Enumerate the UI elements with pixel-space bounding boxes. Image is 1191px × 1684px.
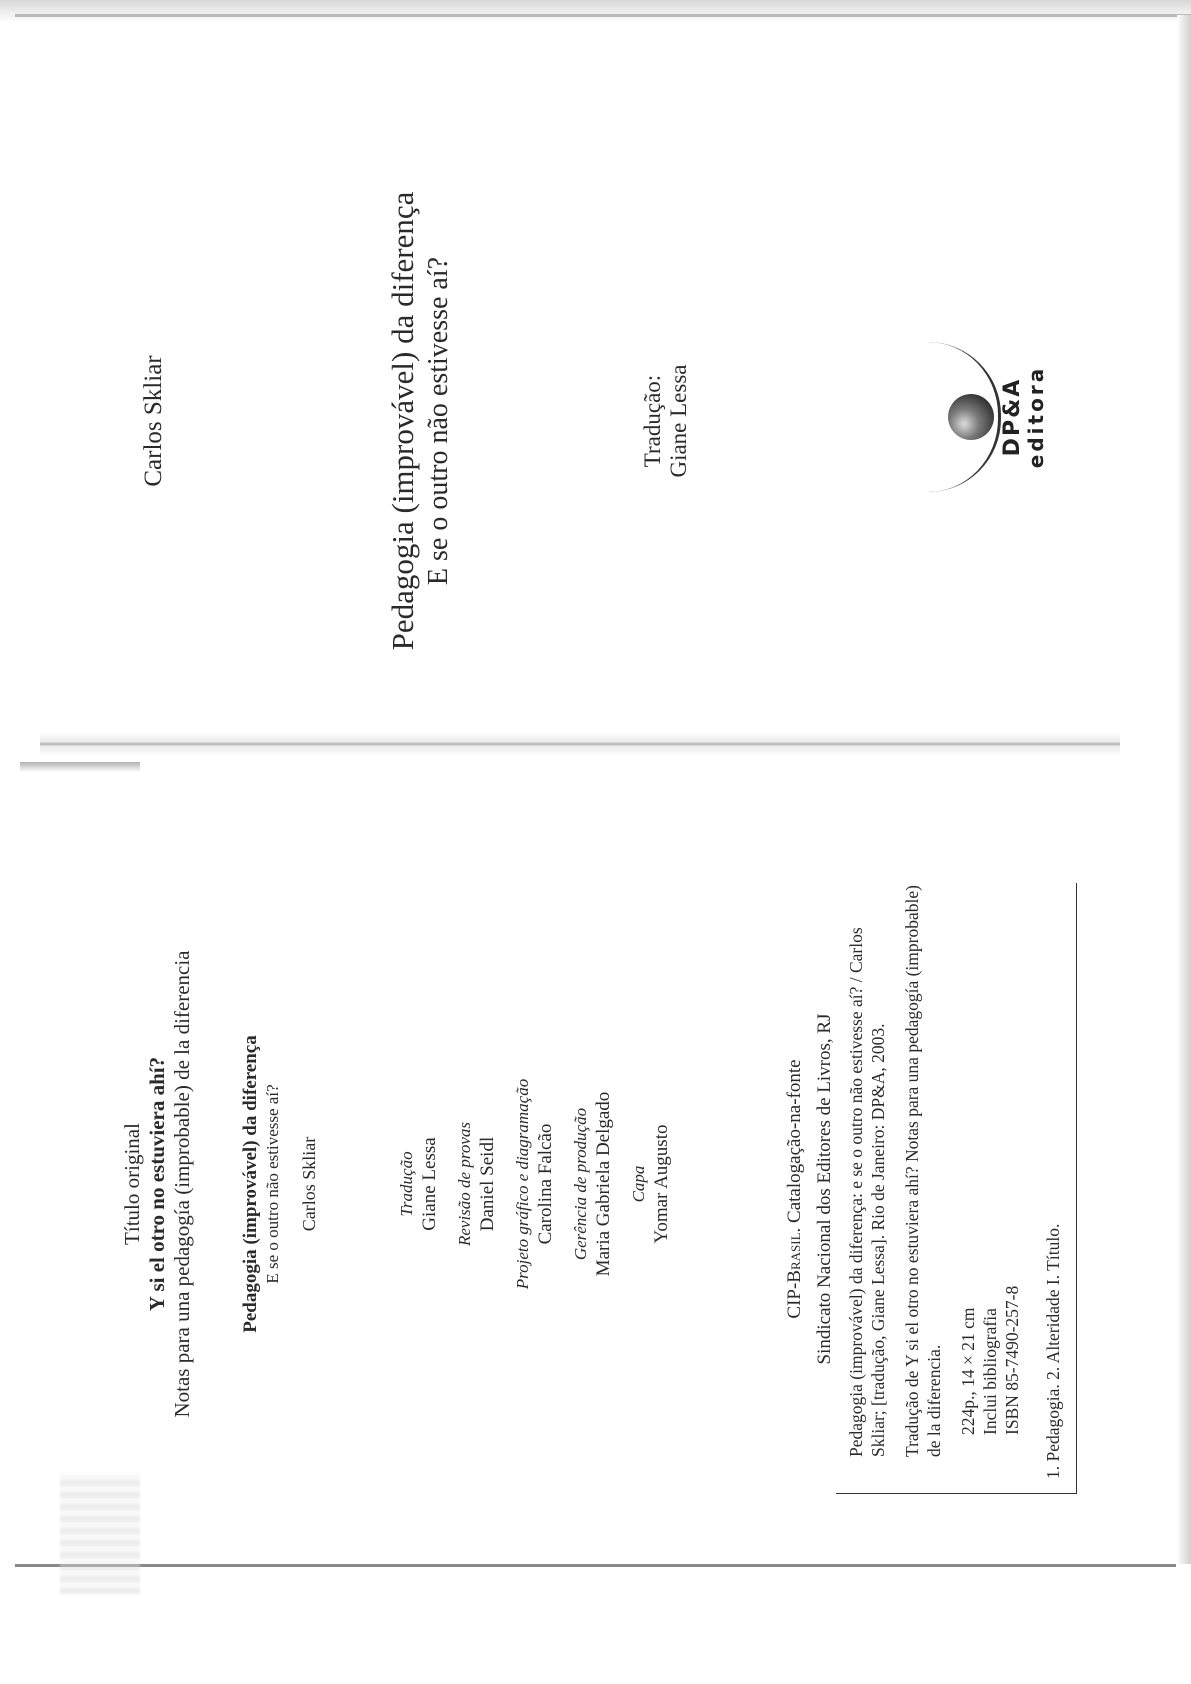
original-subtitle: Notas para una pedagogía (improbable) de…	[170, 914, 195, 1454]
cip-heading-block: CIP-Brasil. Catalogação-na-fonte Sindica…	[780, 889, 840, 1489]
cip-entry: Pedagogia (improvável) da diferença: e s…	[845, 884, 889, 1479]
title-page-translator-block: Tradução: Giane Lessa	[640, 0, 692, 842]
cip-physical: 224p., 14 × 21 cm	[957, 884, 979, 1435]
credit-item: Revisão de provas Daniel Seidl	[453, 914, 499, 1454]
cip-heading-rest: . Catalogação-na-fonte	[784, 1059, 805, 1232]
cip-translation-note: Tradução de Y si el otro no estuviera ah…	[901, 884, 945, 1479]
original-title-block: Título original Y si el otro no estuvier…	[120, 914, 195, 1454]
credit-name: Maria Gabriela Delgado	[592, 914, 615, 1454]
credit-role: Capa	[627, 914, 650, 1454]
copyright-page: Título original Y si el otro no estuvier…	[0, 842, 1191, 1684]
credit-item: Tradução Giane Lessa	[395, 914, 441, 1454]
cip-isbn: ISBN 85-7490-257-8	[1001, 884, 1023, 1435]
title-page: Carlos Skliar Pedagogia (improvável) da …	[0, 0, 1191, 842]
cip-subjects: 1. Pedagogia. 2. Alteridade I. Título.	[1043, 884, 1064, 1479]
credit-name: Daniel Seidl	[476, 914, 499, 1454]
portuguese-title: Pedagogia (improvável) da diferença	[240, 914, 262, 1454]
cip-record: Pedagogia (improvável) da diferença: e s…	[845, 884, 1037, 1479]
portuguese-title-block: Pedagogia (improvável) da diferença E se…	[240, 914, 320, 1454]
credit-role: Gerência de produção	[569, 914, 592, 1454]
credit-role: Tradução	[395, 914, 418, 1454]
title-page-title: Pedagogia (improvável) da diferença	[385, 0, 421, 842]
cip-bibliography: Inclui bibliografia	[979, 884, 1001, 1435]
sphere-swoosh-logo-icon	[948, 394, 994, 440]
credit-item: Gerência de produção Maria Gabriela Delg…	[569, 914, 615, 1454]
portuguese-author: Carlos Skliar	[298, 914, 320, 1454]
original-title: Y si el otro no estuviera ahí?	[145, 914, 170, 1454]
cip-heading: CIP-Brasil. Catalogação-na-fonte	[780, 889, 810, 1489]
title-page-title-block: Pedagogia (improvável) da diferença E se…	[385, 0, 457, 842]
cip-prefix: CIP-	[784, 1283, 805, 1319]
credit-role: Revisão de provas	[453, 914, 476, 1454]
credits-block: Tradução Giane Lessa Revisão de provas D…	[395, 914, 685, 1454]
cip-specs: 224p., 14 × 21 cm Inclui bibliografia IS…	[957, 884, 1023, 1479]
title-page-author: Carlos Skliar	[140, 0, 168, 842]
book-spread: Título original Y si el otro no estuvier…	[0, 0, 1191, 1684]
title-page-subtitle: E se o outro não estivesse aí?	[421, 0, 457, 842]
publisher-tagline: editora	[1024, 322, 1048, 512]
credit-name: Giane Lessa	[418, 914, 441, 1454]
credit-item: Capa Yomar Augusto	[627, 914, 673, 1454]
credit-name: Yomar Augusto	[650, 914, 673, 1454]
original-title-label: Título original	[120, 914, 145, 1454]
credit-name: Carolina Falcão	[534, 914, 557, 1454]
credit-role: Projeto gráfico e diagramação	[511, 914, 534, 1454]
publisher-name: DP&A	[1002, 322, 1024, 512]
cip-country: Brasil	[784, 1232, 805, 1282]
portuguese-subtitle: E se o outro não estivesse aí?	[262, 914, 284, 1454]
translation-label: Tradução:	[640, 0, 666, 842]
credit-item: Projeto gráfico e diagramação Carolina F…	[511, 914, 557, 1454]
bleed-through-smudge	[60, 1474, 140, 1594]
translator-name: Giane Lessa	[666, 0, 692, 842]
publisher-logo: DP&A editora	[920, 322, 1050, 512]
